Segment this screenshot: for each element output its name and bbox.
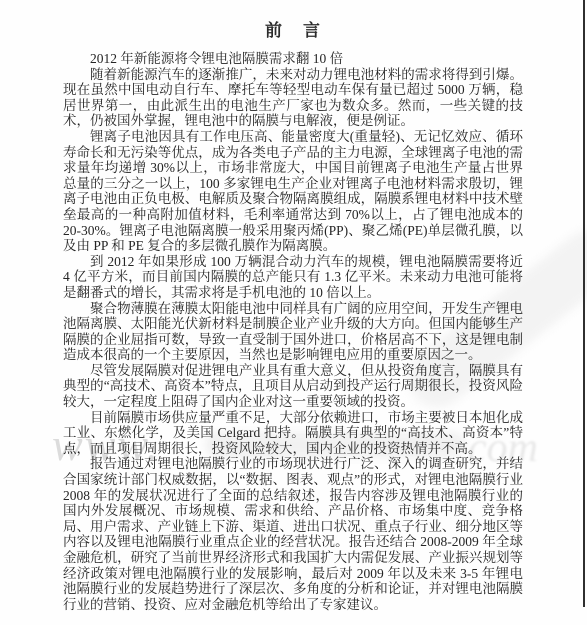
paragraph: 锂离子电池因具有工作电压高、能量密度大(重量轻)、无记忆效应、循环寿命长和无污染… [63,129,523,254]
page-right-border-line [583,0,585,607]
paragraph: 聚合物薄膜在薄膜太阳能电池中同样具有广阔的应用空间，开发生产锂电池隔离膜、太阳能… [63,301,523,363]
paragraph: 随着新能源汽车的逐渐推广，未来对动力锂电池材料的需求将得到引爆。现在虽然中国电动… [63,67,523,129]
subtitle-line: 2012 年新能源将令锂电池隔膜需求翻 10 倍 [63,51,523,67]
paragraph: 目前隔膜市场供应量严重不足，大部分依赖进口，市场主要被日本旭化成工业、东燃化学，… [63,410,523,457]
paragraph: 尽管发展隔膜对促进锂电产业具有重大意义，但从投资角度言，隔膜具有典型的“高技术、… [63,363,523,410]
paragraph: 到 2012 年如果形成 100 万辆混合动力汽车的规模，锂电池隔膜需要将近 4… [63,254,523,301]
document-page: www. com 前 言 2012 年新能源将令锂电池隔膜需求翻 10 倍 随着… [0,0,587,625]
page-title: 前 言 [0,16,587,41]
paragraph: 报告通过对锂电池隔膜行业的市场现状进行广泛、深入的调查研究，并结合国家统计部门权… [63,456,523,612]
preface-body: 2012 年新能源将令锂电池隔膜需求翻 10 倍 随着新能源汽车的逐渐推广，未来… [63,51,523,612]
